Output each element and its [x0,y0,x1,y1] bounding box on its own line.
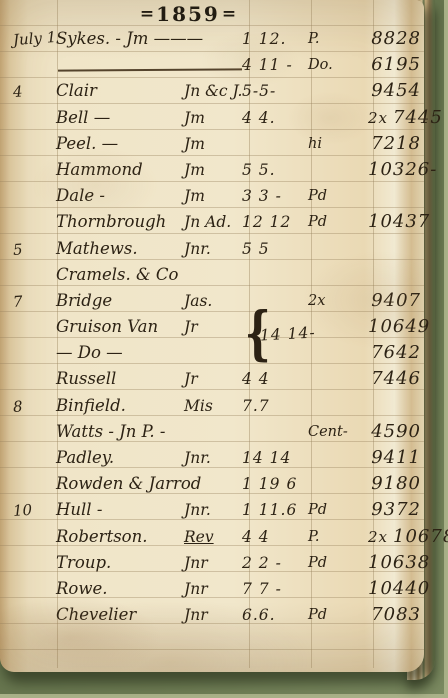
year-label: 1859 [156,2,220,26]
entry-ref-number: 7446 [368,367,424,391]
entry-ref-value: 4590 [371,420,421,444]
entry-amount: 4 4 [242,367,308,391]
entry-name: Mathews. [56,237,184,261]
ledger-row: 7 Bridge Jas. 2x 9407 [0,289,424,315]
entry-ref-value: 10638 [368,551,430,575]
entry-amount: 4 4. [242,106,308,130]
entry-ref-value: 9454 [371,79,421,103]
entry-ref-value: 6195 [371,53,421,77]
entry-amount: 3 3 - [242,184,308,208]
entry-date: 8 [0,392,57,420]
entry-mark: Do. [308,53,368,77]
ledger-row: 4 11 - Do. 6195 [0,53,424,79]
entry-ref-number: 10326- [368,158,424,182]
entry-name: Watts - Jn P. - [56,420,184,444]
entry-mark: Pd [308,551,368,575]
entry-ref-number: 9411 [368,446,424,470]
entry-abbrev: Rev [184,525,242,549]
entry-ref-value: 7218 [371,132,421,156]
ledger-row: Padley. Jnr. 14 14 9411 [0,446,424,472]
entry-name: Gruison Van [56,315,184,339]
entry-ref-value: 7642 [371,341,421,365]
entry-ref-value: 9180 [371,472,421,496]
entry-ref-value: 10437 [368,210,430,234]
entry-abbrev: Jr [184,315,242,339]
entry-name: Thornbrough [56,210,184,234]
ledger-row: Robertson. Rev 4 4 P. 2x10678 [0,525,424,551]
entry-abbrev: Jm [184,132,242,156]
ledger-row: Rowe. Jnr 7 7 - 10440 [0,577,424,603]
entry-name: Rowe. [56,577,184,601]
year-left-decor: = [138,4,156,24]
entry-ref-number: 10437 [368,210,424,234]
entry-ref-number: 7218 [368,132,424,156]
entry-abbrev: Jnr [184,577,242,601]
entry-abbrev: Jn Ad. [184,210,242,234]
ledger-scan: =1859= July 1 Sykes. - Jm ——— 1 12. P. 8… [0,0,448,698]
entry-mark: Pd [308,210,368,234]
entry-name: Russell [56,367,184,391]
ledger-row: Troup. Jnr 2 2 - Pd 10638 [0,551,424,577]
entry-ref-value: 8828 [371,27,421,51]
entry-mark: Cent- [308,420,368,444]
entry-ref-number: 10649 [368,315,424,339]
entry-name: Clair [56,79,184,103]
entry-ref-number: 8828 [368,27,424,51]
entry-abbrev: Mis [184,394,242,418]
entry-ref-number: 2x10678 [368,525,424,549]
entry-ref-number: 7083 [368,603,424,627]
ledger-row: Gruison Van Jr 10649 [0,315,424,341]
entry-name: Cramels. & Co [56,263,184,287]
entry-amount: 5 5 [242,237,308,261]
entry-abbrev: Jm [184,184,242,208]
ledger-page: =1859= July 1 Sykes. - Jm ——— 1 12. P. 8… [0,0,424,672]
entry-ref-prefix: 2x [368,106,388,130]
ledger-row: July 1 Sykes. - Jm ——— 1 12. P. 8828 [0,27,424,53]
entry-mark: Pd [308,603,368,627]
ledger-row: Thornbrough Jn Ad. 12 12 Pd 10437 [0,210,424,236]
entry-amount: 4 11 - [242,53,308,77]
entry-amount: 6.6. [242,603,308,627]
entry-ref-value: 9372 [371,498,421,522]
entry-amount: 4 4 [242,525,308,549]
entry-abbrev: Jnr. [184,237,242,261]
entry-ref-value: 9407 [371,289,421,313]
entry-abbrev: Jm [184,106,242,130]
ledger-row: 4 Clair Jn &c J. 5-5- 9454 [0,79,424,105]
entry-name: Binfield. [56,394,184,418]
entry-amount: 5-5- [242,79,308,103]
entry-date: July 1 [0,25,57,53]
ledger-row: Cramels. & Co [0,263,424,289]
entry-ref-number: 4590 [368,420,424,444]
entry-name: Troup. [56,551,184,575]
entry-abbrev: Jnr [184,551,242,575]
entry-date: 7 [0,287,57,315]
ledger-row: Peel. — Jm hi 7218 [0,132,424,158]
entry-abbrev: Jnr [184,603,242,627]
entry-ref-value: 9411 [371,446,421,470]
entry-amount: 7 7 - [242,577,308,601]
entry-ref-number: 6195 [368,53,424,77]
entry-ref-value: 10440 [368,577,430,601]
entry-ref-number: 9454 [368,79,424,103]
entry-name: Robertson. [56,525,184,549]
entry-amount: 14 14 [242,446,308,470]
entry-amount: 7.7 [242,394,308,418]
entry-name: Peel. — [56,132,184,156]
entry-abbrev: Jnr. [184,446,242,470]
entry-ref-value: 7445 [393,106,443,130]
ledger-row: Hammond Jm 5 5. 10326- [0,158,424,184]
entry-ref-number: 9372 [368,498,424,522]
entry-name: Hammond [56,158,184,182]
entry-ref-value: 10649 [368,315,430,339]
entry-abbrev: Jnr. [184,498,242,522]
entry-ref-number: 10440 [368,577,424,601]
ledger-row: Chevelier Jnr 6.6. Pd 7083 [0,603,424,629]
entry-abbrev: Jn &c J. [184,79,242,103]
ledger-row: Rowden & Jarrod 1 19 6 9180 [0,472,424,498]
entry-ref-value: 7446 [371,367,421,391]
entry-mark: Pd [308,184,368,208]
ledger-row: 5 Mathews. Jnr. 5 5 [0,237,424,263]
entry-date: 4 [0,77,57,105]
entry-amount: 12 12 [242,210,308,234]
entry-date: 10 [0,496,57,524]
entry-name: Sykes. - Jm ——— [56,27,184,51]
entry-mark: P. [308,525,368,549]
ledger-rows: July 1 Sykes. - Jm ——— 1 12. P. 8828 4 1… [0,27,424,629]
entry-mark: 2x [308,289,368,313]
entry-name: Bridge [56,289,184,313]
entry-name: Dale - [56,184,184,208]
ledger-row: — Do — 7642 [0,341,424,367]
entry-ref-number: 9180 [368,472,424,496]
entry-abbrev: Jr [184,367,242,391]
entry-name: Rowden & Jarrod [56,472,184,496]
entry-amount: 5 5. [242,158,308,182]
entry-ref-value: 10678 [393,525,448,549]
entry-amount: 1 19 6 [242,472,308,496]
entry-mark: Pd [308,498,368,522]
entry-ref-value: 7083 [371,603,421,627]
ledger-row: Dale - Jm 3 3 - Pd [0,184,424,210]
entry-ref-number: 10638 [368,551,424,575]
entry-ref-number: 2x7445 [368,106,424,130]
entry-amount: 2 2 - [242,551,308,575]
year-heading: =1859= [126,2,250,26]
entry-name: Bell — [56,106,184,130]
entry-amount: 1 11.6 [242,498,308,522]
entry-ref-number: 7642 [368,341,424,365]
entry-mark: hi [308,132,368,156]
ledger-row: 8 Binfield. Mis 7.7 [0,394,424,420]
ledger-row: Watts - Jn P. - Cent- 4590 [0,420,424,446]
entry-abbrev: Jm [184,158,242,182]
ledger-row: 10 Hull - Jnr. 1 11.6 Pd 9372 [0,498,424,524]
entry-date: 5 [0,235,57,263]
entry-ref-value: 10326- [368,158,437,182]
entry-name: Padley. [56,446,184,470]
entry-name: Chevelier [56,603,184,627]
ledger-row: Russell Jr 4 4 7446 [0,367,424,393]
entry-amount: 1 12. [242,27,308,51]
entry-name: Hull - [56,498,184,522]
ledger-row: Bell — Jm 4 4. 2x7445 [0,106,424,132]
grouping-brace-amount: 14 14- [260,324,316,345]
entry-name: — Do — [56,341,184,365]
entry-abbrev: Jas. [184,289,242,313]
entry-ref-number: 9407 [368,289,424,313]
entry-ref-prefix: 2x [368,525,388,549]
year-right-decor: = [220,4,238,24]
entry-mark: P. [308,27,368,51]
